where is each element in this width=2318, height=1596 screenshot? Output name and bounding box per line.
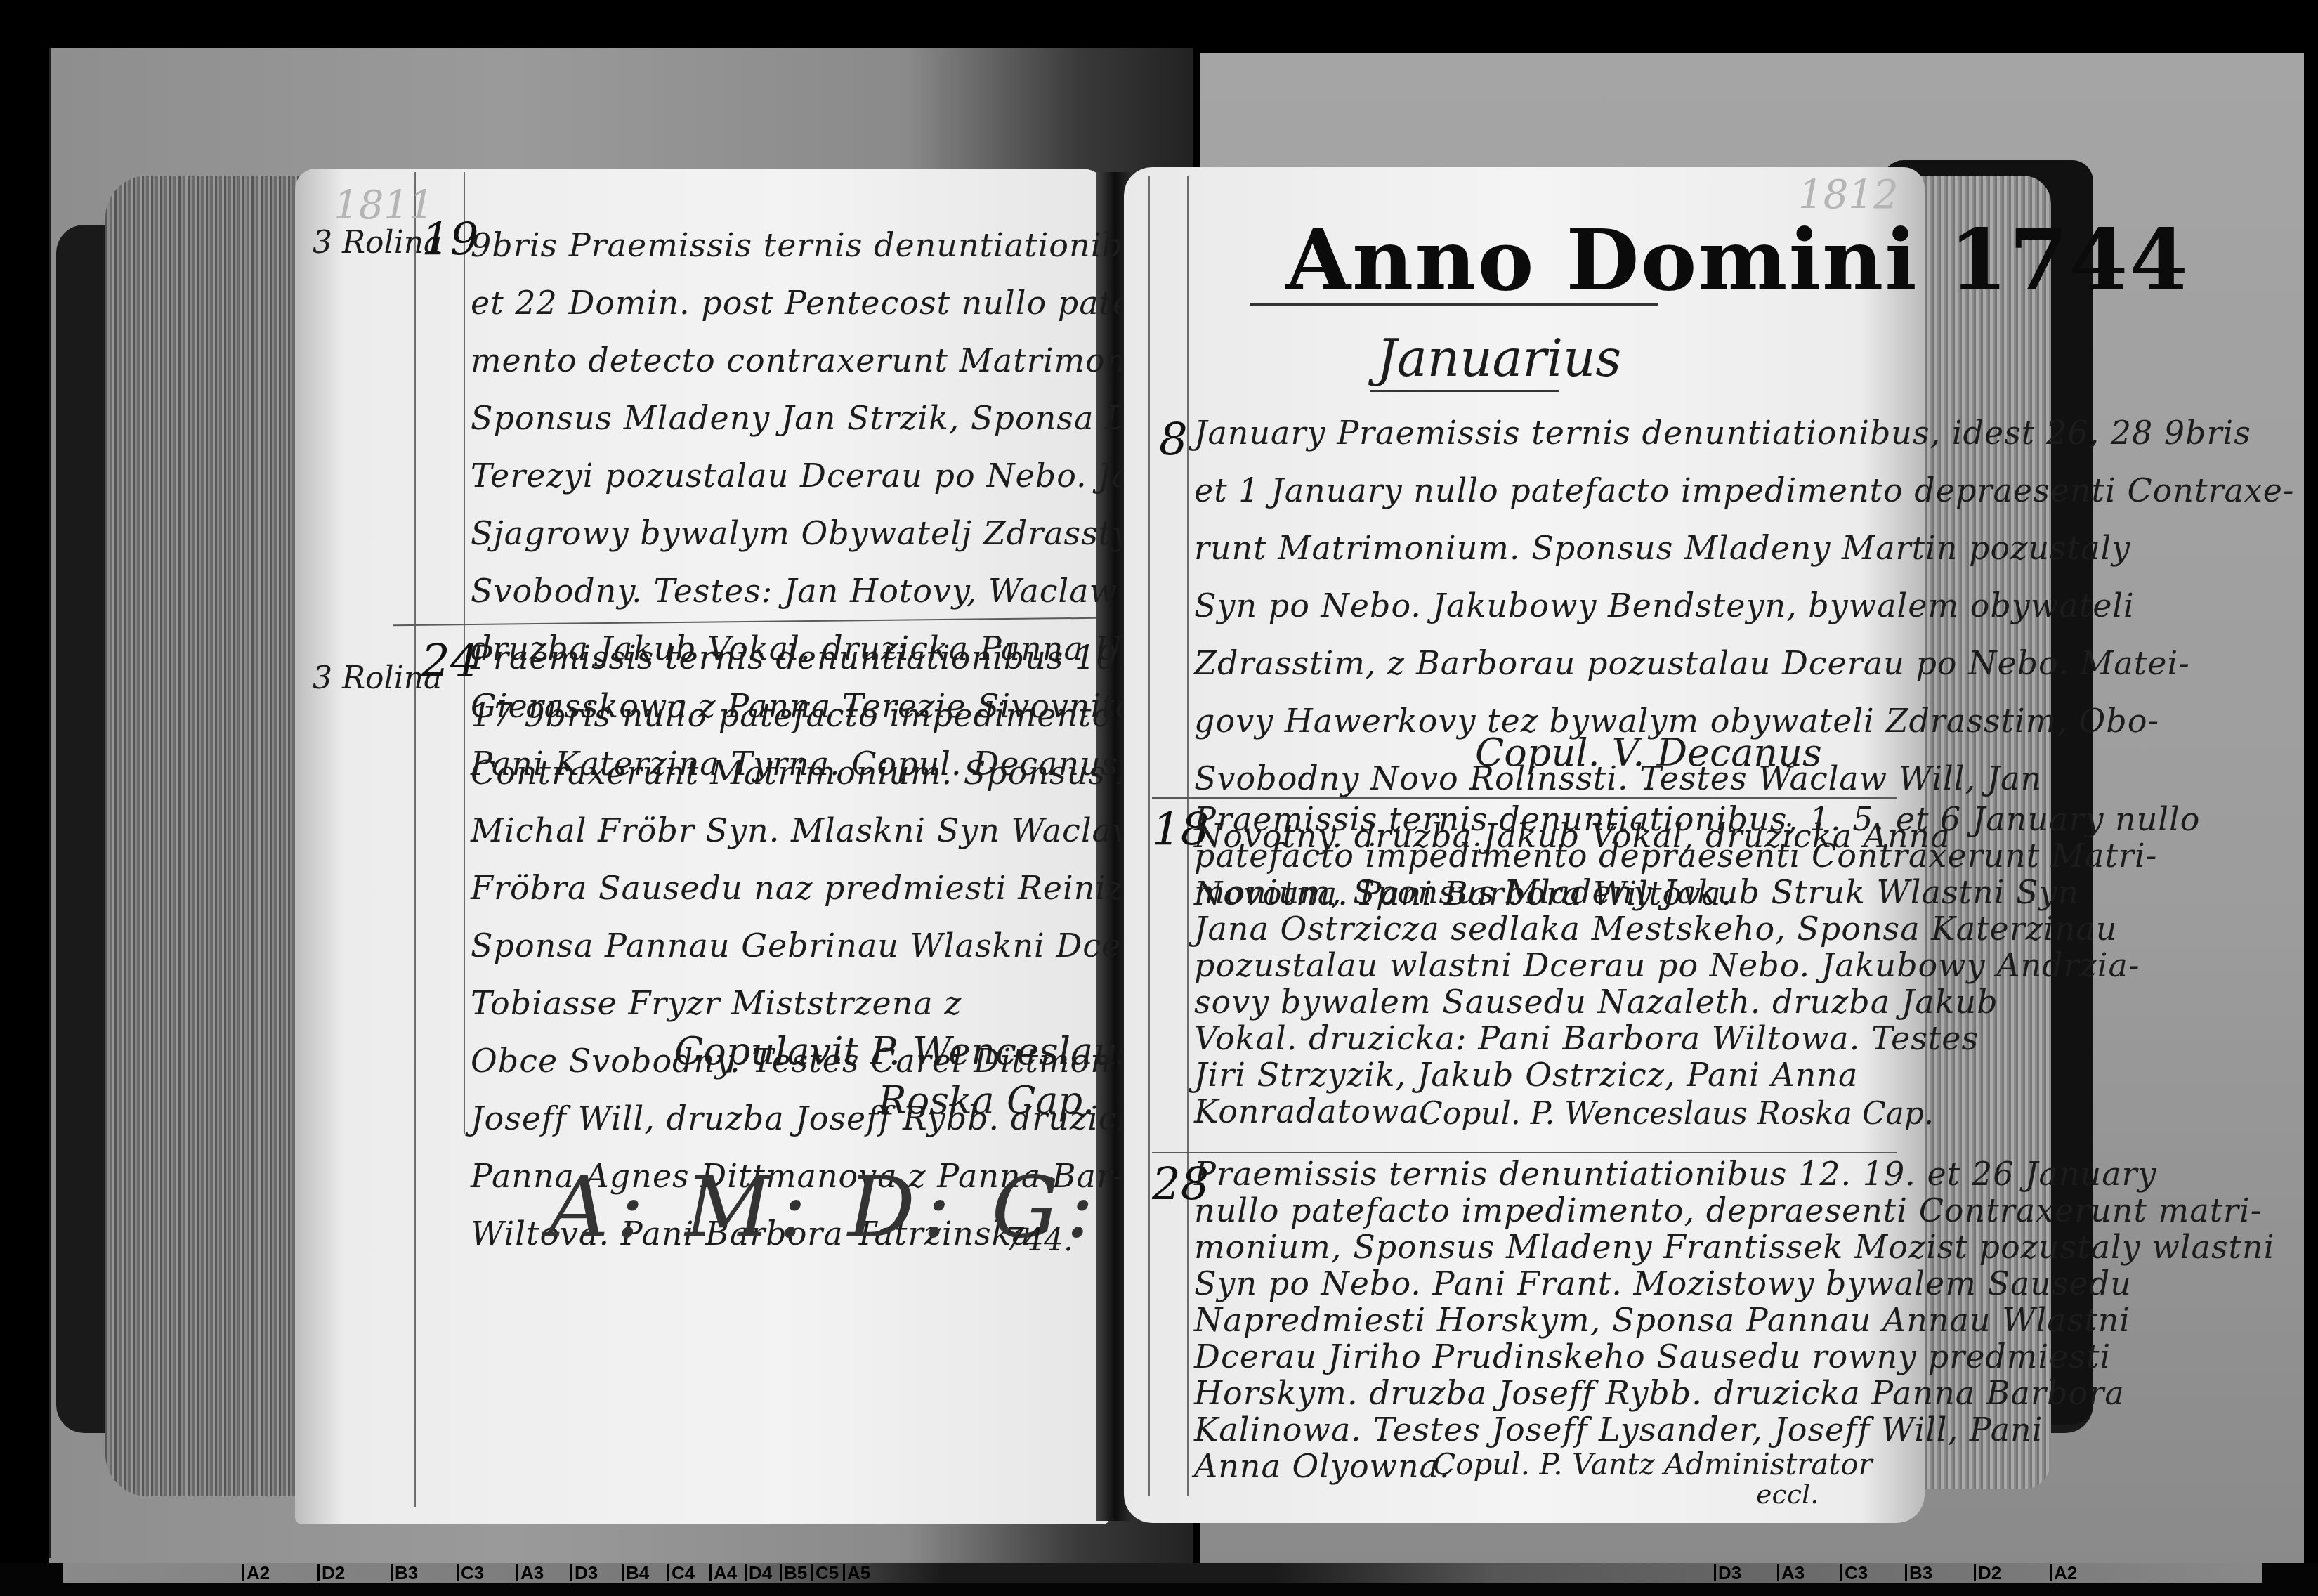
line: Jana Ostrzicza sedlaka Mestskeho, Sponsa… [1194,910,1897,947]
marker-left-3: B3 [391,1562,418,1584]
line: mento detecto contraxerunt Matrimonium [471,332,1103,389]
right-entry-2-text: Praemissis ternis denuntiationibus, 1. 5… [1194,801,1897,1130]
marker-left-8: C4 [667,1562,695,1584]
line: Fröbra Sausedu naz predmiesti Reinizimsk… [471,859,1103,917]
right-entry-1-signature: Copul. V. Decanus [1475,731,1822,775]
line: Horskym. druzba Joseff Rybb. druzicka Pa… [1194,1375,1897,1411]
month-underline [1370,390,1559,392]
right-entry-divider-2 [1152,1152,1897,1153]
marker-left-11: B5 [780,1562,807,1584]
page-edges-left [105,176,302,1496]
left-page-note: 744. [1004,1222,1073,1258]
left-entry-2-signature-2: Roska Cap. [878,1078,1094,1123]
line: et 22 Domin. post Pentecost nullo patefa… [471,274,1103,332]
marker-right-1: D3 [1714,1562,1741,1584]
line: Kalinowa. Testes Joseff Lysander, Joseff… [1194,1411,1897,1448]
marker-right-2: A3 [1777,1562,1805,1584]
line: Contraxerunt Matrimonium. Sponsus Mladen… [471,744,1103,802]
marker-left-5: A3 [516,1562,544,1584]
line: Jiri Strzyzik, Jakub Ostrzicz, Pani Anna [1194,1057,1897,1093]
line: Syn po Nebo. Jakubowy Bendsteyn, bywalem… [1194,577,1897,634]
right-margin-rule-1 [1148,176,1150,1496]
heading-underline [1250,303,1658,306]
line: Zdrasstim, z Barborau pozustalau Dcerau … [1194,634,1897,692]
line: nullo patefacto impedimento, depraesenti… [1194,1192,1897,1229]
line: Sponsus Mladeny Jan Strzik, Sponsa Dziev… [471,389,1103,447]
line: January Praemissis ternis denuntiationib… [1194,404,1897,462]
line: 9bris Praemissis ternis denuntiationibus… [471,216,1103,274]
marker-left-13: A5 [843,1562,870,1584]
marker-left-1: A2 [242,1562,270,1584]
right-entry-2-signature: Copul. P. Wenceslaus Roska Cap. [1419,1096,1934,1132]
line: monium, Sponsus Mladeny Frantissek Mozis… [1194,1229,1897,1265]
month-heading: Januarius [1377,329,1621,388]
right-entry-1-day: 8 [1159,414,1188,466]
right-entry-3-signature: Copul. P. Vantz Administrator [1433,1447,1873,1481]
line: Syn po Nebo. Pani Frant. Mozistowy bywal… [1194,1265,1897,1302]
right-entry-3-text: Praemissis ternis denuntiationibus 12. 1… [1194,1156,1897,1484]
line: pozustalau wlastni Dcerau po Nebo. Jakub… [1194,947,1897,983]
line: runt Matrimonium. Sponsus Mladeny Martin… [1194,519,1897,577]
marker-right-4: B3 [1905,1562,1932,1584]
line: Terezyi pozustalau Dcerau po Nebo. Janu [471,447,1103,504]
marker-left-7: B4 [622,1562,649,1584]
line: Praemissis ternis denuntiationibus, 1. 5… [1194,801,1897,837]
line: et 1 January nullo patefacto impedimento… [1194,462,1897,519]
line: Michal Fröbr Syn. Mlaskni Syn Waclaw [471,802,1103,859]
marker-right-5: D2 [1974,1562,2001,1584]
film-edge-line [49,48,51,1558]
marker-right-6: A2 [2050,1562,2077,1584]
line: patefacto impedimento depraesenti Contra… [1194,837,1897,874]
line: Praemissis ternis denuntiationibus 10. 1… [471,629,1103,686]
line: Tobiasse Fryzr Miststrzena z [471,974,1103,1032]
line: Dcerau Jiriho Prudinskeho Sausedu rowny … [1194,1338,1897,1375]
marker-right-3: C3 [1840,1562,1868,1584]
marker-left-12: C5 [811,1562,839,1584]
line: Praemissis ternis denuntiationibus 12. 1… [1194,1156,1897,1192]
line: Vokal. druzicka: Pani Barbora Wiltowa. T… [1194,1020,1897,1057]
line: sovy bywalem Sausedu Nazaleth. druzba Ja… [1194,983,1897,1020]
marker-left-2: D2 [317,1562,345,1584]
left-entry-2-signature-1: Copulavit P. Wenceslaus [674,1029,1137,1073]
line: Sjagrowy bywalym Obywatelj Zdrasstym Ob- [471,504,1103,562]
line: monium, Sponsus Mladeny Jakub Struk Wlas… [1194,874,1897,910]
page-heading: Anno Domini 1744 [1285,211,2189,310]
line: Svobodny. Testes: Jan Hotovy, Waclaw [471,562,1103,620]
line: Sponsa Pannau Gebrinau Wlaskni Dcerau [471,917,1103,974]
marker-left-6: D3 [570,1562,598,1584]
marker-left-4: C3 [457,1562,484,1584]
line: Napredmiesti Horskym, Sponsa Pannau Anna… [1194,1302,1897,1338]
right-entry-3-signature-note: eccl. [1756,1479,1819,1510]
left-margin-rule-1 [414,172,416,1507]
marker-left-10: D4 [745,1562,772,1584]
line: 17 9bris nullo patefacto impedimento det… [471,686,1103,744]
marker-left-9: A4 [709,1562,737,1584]
left-folio-number: 1811 [334,183,434,228]
